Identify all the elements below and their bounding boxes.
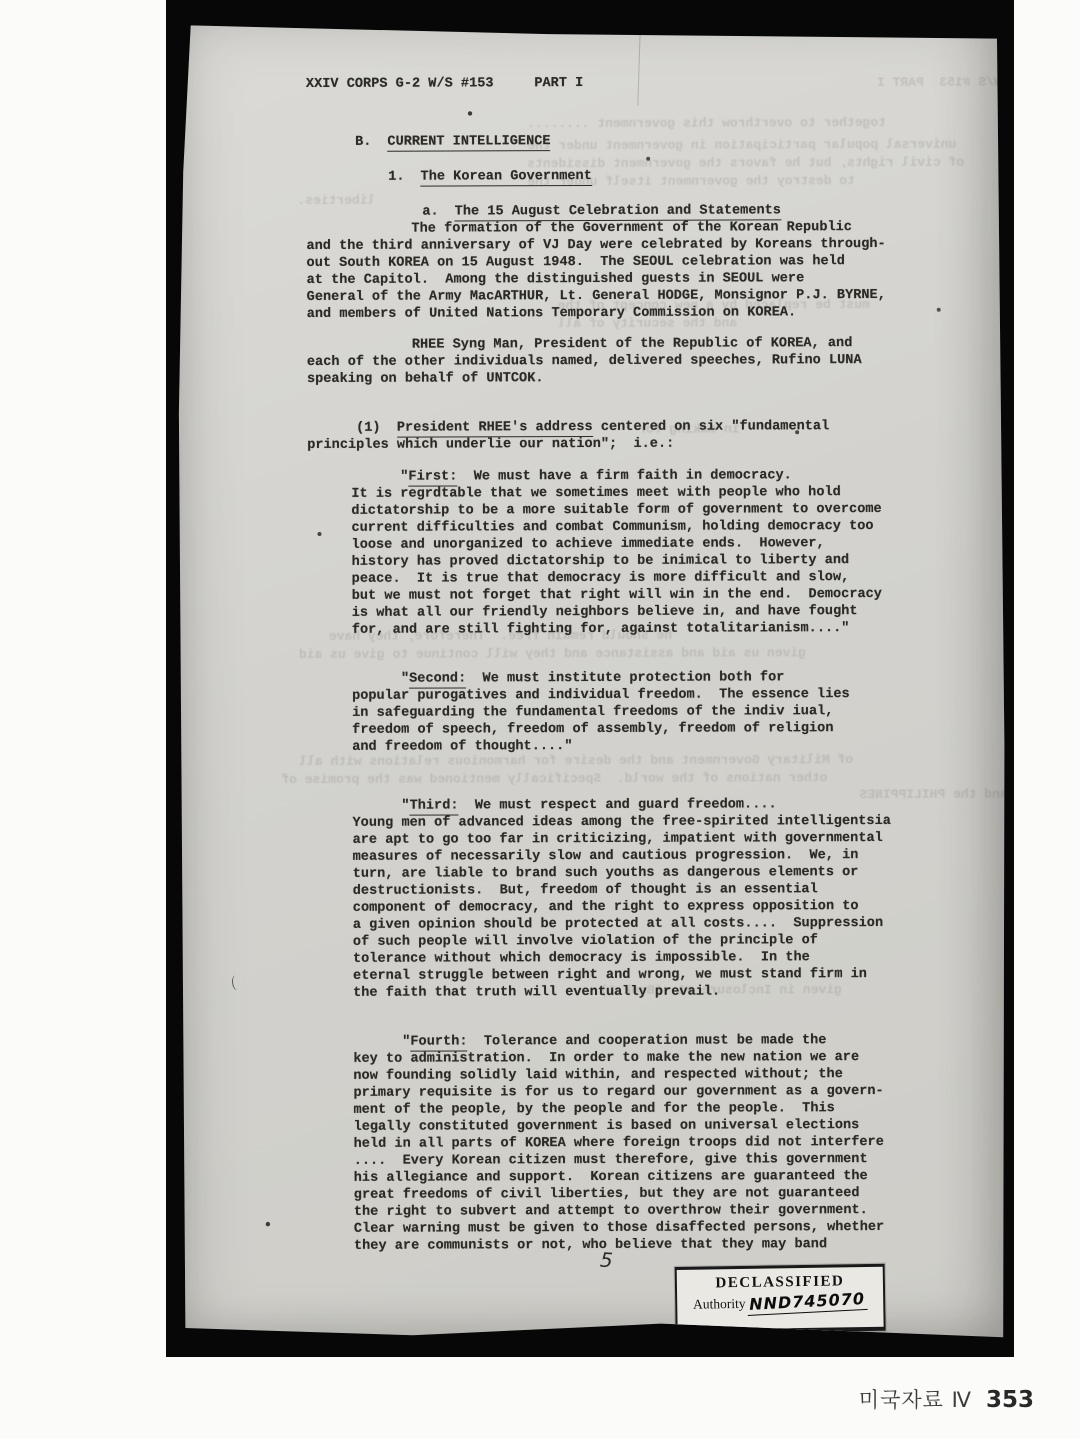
quote-text: We must have a firm faith in democracy. … xyxy=(351,468,882,638)
stamp-authority-number: NND745070 xyxy=(747,1289,868,1316)
caption-series-title: 미국자료 Ⅳ xyxy=(859,1384,972,1414)
item-number: (1) xyxy=(356,421,397,436)
handwritten-page-number: 5 xyxy=(599,1248,613,1273)
declassified-stamp: DECLASSIFIED Authority NND745070 xyxy=(675,1264,886,1334)
quote-block-second: "Second: We must institute protection bo… xyxy=(352,652,938,773)
subsection-label: 1. xyxy=(388,170,404,185)
quote-text: We must respect and guard freedom.... Yo… xyxy=(352,797,890,1000)
quote-block-fourth: "Fourth: Tolerance and cooperation must … xyxy=(353,1015,940,1272)
open-quote: " xyxy=(401,672,409,687)
open-quote: " xyxy=(400,470,408,485)
open-quote: " xyxy=(401,799,409,814)
quote-block-first: "First: We must have a firm faith in dem… xyxy=(351,450,938,656)
quote-keyword: First: xyxy=(408,469,457,486)
subsection-title: The Korean Government xyxy=(421,169,592,187)
document-header: XXIV CORPS G-2 W/S #153 PART I xyxy=(306,75,583,93)
quote-text: Tolerance and cooperation must be made t… xyxy=(353,1033,884,1254)
quote-keyword: Second: xyxy=(409,671,466,688)
section-label: B. xyxy=(355,135,371,150)
subsection-label: a. xyxy=(422,205,438,220)
scan-artifacts xyxy=(177,11,179,13)
paragraph-rhee-speeches: RHEE Syng Man, President of the Republic… xyxy=(307,335,931,388)
stamp-authority-label: Authority xyxy=(693,1296,746,1313)
caption-page-number: 353 xyxy=(986,1387,1034,1413)
quote-block-third: "Third: We must respect and guard freedo… xyxy=(352,779,939,1019)
quote-keyword: Third: xyxy=(410,798,459,815)
open-quote: " xyxy=(402,1035,410,1050)
photocopy-scan-background: XXIV CORPS G-2 W/S #153 PART Itogether t… xyxy=(166,0,1014,1357)
book-caption: 미국자료 Ⅳ 353 xyxy=(859,1384,1034,1414)
document-paper: XXIV CORPS G-2 W/S #153 PART Itogether t… xyxy=(177,9,1008,1350)
quote-keyword: Fourth: xyxy=(410,1034,467,1051)
bleedthrough-text: XXIV CORPS G-2 W/S #153 PART I xyxy=(877,74,1080,91)
bleedthrough-text: together to overthrow this government ..… xyxy=(527,115,886,132)
underlined-phrase: President RHEE's address xyxy=(397,420,593,438)
paragraph-formation: The formation of the Government of the K… xyxy=(306,219,930,323)
section-title: CURRENT INTELLIGENCE xyxy=(387,134,550,152)
bleedthrough-text: of civil rights, but he favors the gover… xyxy=(527,155,964,173)
